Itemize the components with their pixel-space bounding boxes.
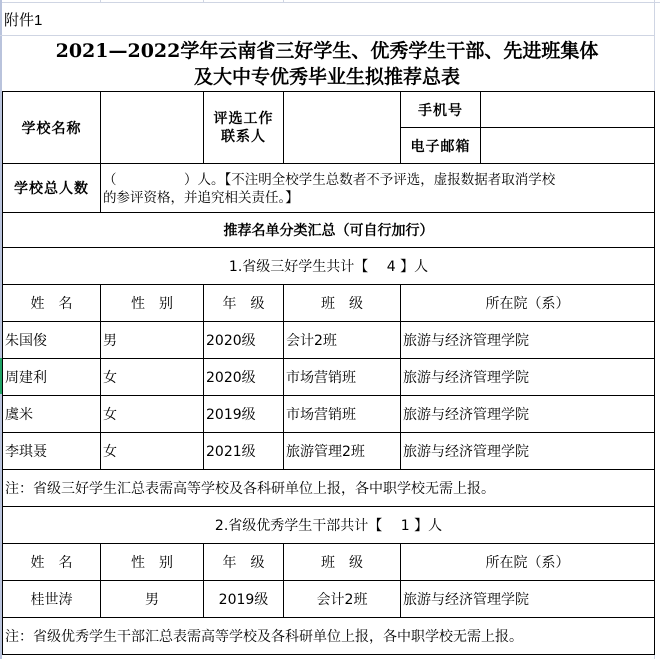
table-row: 虞米 女 2019级 市场营销班 旅游与经济管理学院 — [3, 396, 655, 433]
table-row: 周建利 女 2020级 市场营销班 旅游与经济管理学院 — [3, 359, 655, 396]
cell-gender[interactable]: 女 — [101, 359, 204, 396]
email-label: 电子邮箱 — [401, 128, 481, 164]
column-header-class: 班 级 — [284, 544, 401, 581]
total-students-field[interactable]: （ ）人。【不注明全校学生总数者不予评选，虚报数据者取消学校 的参评资格，并追究… — [101, 164, 655, 213]
total-students-label: 学校总人数 — [3, 164, 101, 213]
cell-college[interactable]: 旅游与经济管理学院 — [401, 322, 655, 359]
cell-gender[interactable]: 男 — [101, 581, 204, 618]
cell-college[interactable]: 旅游与经济管理学院 — [401, 433, 655, 470]
column-gridline — [100, 0, 101, 3]
section-2-header-row: 姓 名 性 别 年 级 班 级 所在院（系） — [3, 544, 655, 581]
cell-class[interactable]: 市场营销班 — [284, 396, 401, 433]
contact-field[interactable] — [284, 92, 401, 164]
column-header-gender: 性 别 — [101, 285, 204, 322]
cell-class[interactable]: 旅游管理2班 — [284, 433, 401, 470]
column-header-grade: 年 级 — [204, 544, 284, 581]
cell-college[interactable]: 旅游与经济管理学院 — [401, 359, 655, 396]
cell-gender[interactable]: 男 — [101, 322, 204, 359]
table-row: 李琪聂 女 2021级 旅游管理2班 旅游与经济管理学院 — [3, 433, 655, 470]
phone-label: 手机号 — [401, 92, 481, 128]
column-header-name: 姓 名 — [3, 285, 101, 322]
table-row: 朱国俊 男 2020级 会计2班 旅游与经济管理学院 — [3, 322, 655, 359]
section-1-heading: 1.省级三好学生共计【 4 】人 — [3, 248, 655, 285]
contact-label: 评选工作 联系人 — [204, 92, 284, 164]
contact-label-line-1: 评选工作 — [206, 110, 281, 128]
phone-field[interactable] — [481, 92, 655, 128]
section-2-note: 注：省级优秀学生干部汇总表需高等学校及各科研单位上报，各中职学校无需上报。 — [3, 618, 655, 655]
cell-name[interactable]: 桂世涛 — [3, 581, 101, 618]
column-header-college: 所在院（系） — [401, 544, 655, 581]
school-name-field[interactable] — [101, 92, 204, 164]
email-field[interactable] — [481, 128, 655, 164]
document-title: 2021—2022学年云南省三好学生、优秀学生干部、先进班集体 及大中专优秀毕业… — [0, 38, 654, 90]
cell-name[interactable]: 周建利 — [3, 359, 101, 396]
cell-grade[interactable]: 2021级 — [204, 433, 284, 470]
school-name-label: 学校名称 — [3, 92, 101, 164]
column-header-grade: 年 级 — [204, 285, 284, 322]
cell-grade[interactable]: 2020级 — [204, 322, 284, 359]
top-gridline — [0, 0, 660, 3]
column-header-name: 姓 名 — [3, 544, 101, 581]
column-gridline — [283, 0, 284, 3]
section-1-header-row: 姓 名 性 别 年 级 班 级 所在院（系） — [3, 285, 655, 322]
column-header-college: 所在院（系） — [401, 285, 655, 322]
cell-name[interactable]: 虞米 — [3, 396, 101, 433]
cell-gender[interactable]: 女 — [101, 433, 204, 470]
column-gridline — [203, 0, 204, 3]
gridline — [0, 35, 654, 36]
cell-college[interactable]: 旅游与经济管理学院 — [401, 396, 655, 433]
cell-name[interactable]: 李琪聂 — [3, 433, 101, 470]
cell-class[interactable]: 市场营销班 — [284, 359, 401, 396]
cell-name[interactable]: 朱国俊 — [3, 322, 101, 359]
title-line-1: 2021—2022学年云南省三好学生、优秀学生干部、先进班集体 — [0, 38, 654, 64]
attachment-label: 附件1 — [4, 9, 42, 30]
table-row: 桂世涛 男 2019级 会计2班 旅游与经济管理学院 — [3, 581, 655, 618]
cell-gender[interactable]: 女 — [101, 396, 204, 433]
cell-grade[interactable]: 2019级 — [204, 581, 284, 618]
recommendation-table: 学校名称 评选工作 联系人 手机号 电子邮箱 学校总人数 （ ）人。【不注明全校… — [2, 91, 655, 655]
section-2-heading: 2.省级优秀学生干部共计【 1 】人 — [3, 507, 655, 544]
total-students-text-2: 的参评资格，并追究相关责任。】 — [103, 189, 652, 207]
title-line-2: 及大中专优秀毕业生拟推荐总表 — [0, 64, 654, 90]
summary-heading: 推荐名单分类汇总（可自行加行） — [3, 213, 655, 248]
contact-label-line-2: 联系人 — [206, 128, 281, 146]
cell-college[interactable]: 旅游与经济管理学院 — [401, 581, 655, 618]
cell-class[interactable]: 会计2班 — [284, 581, 401, 618]
total-students-text-1: （ ）人。【不注明全校学生总数者不予评选，虚报数据者取消学校 — [103, 171, 652, 189]
cell-class[interactable]: 会计2班 — [284, 322, 401, 359]
cell-grade[interactable]: 2019级 — [204, 396, 284, 433]
section-1-note: 注：省级三好学生汇总表需高等学校及各科研单位上报，各中职学校无需上报。 — [3, 470, 655, 507]
cell-grade[interactable]: 2020级 — [204, 359, 284, 396]
column-header-gender: 性 别 — [101, 544, 204, 581]
column-header-class: 班 级 — [284, 285, 401, 322]
